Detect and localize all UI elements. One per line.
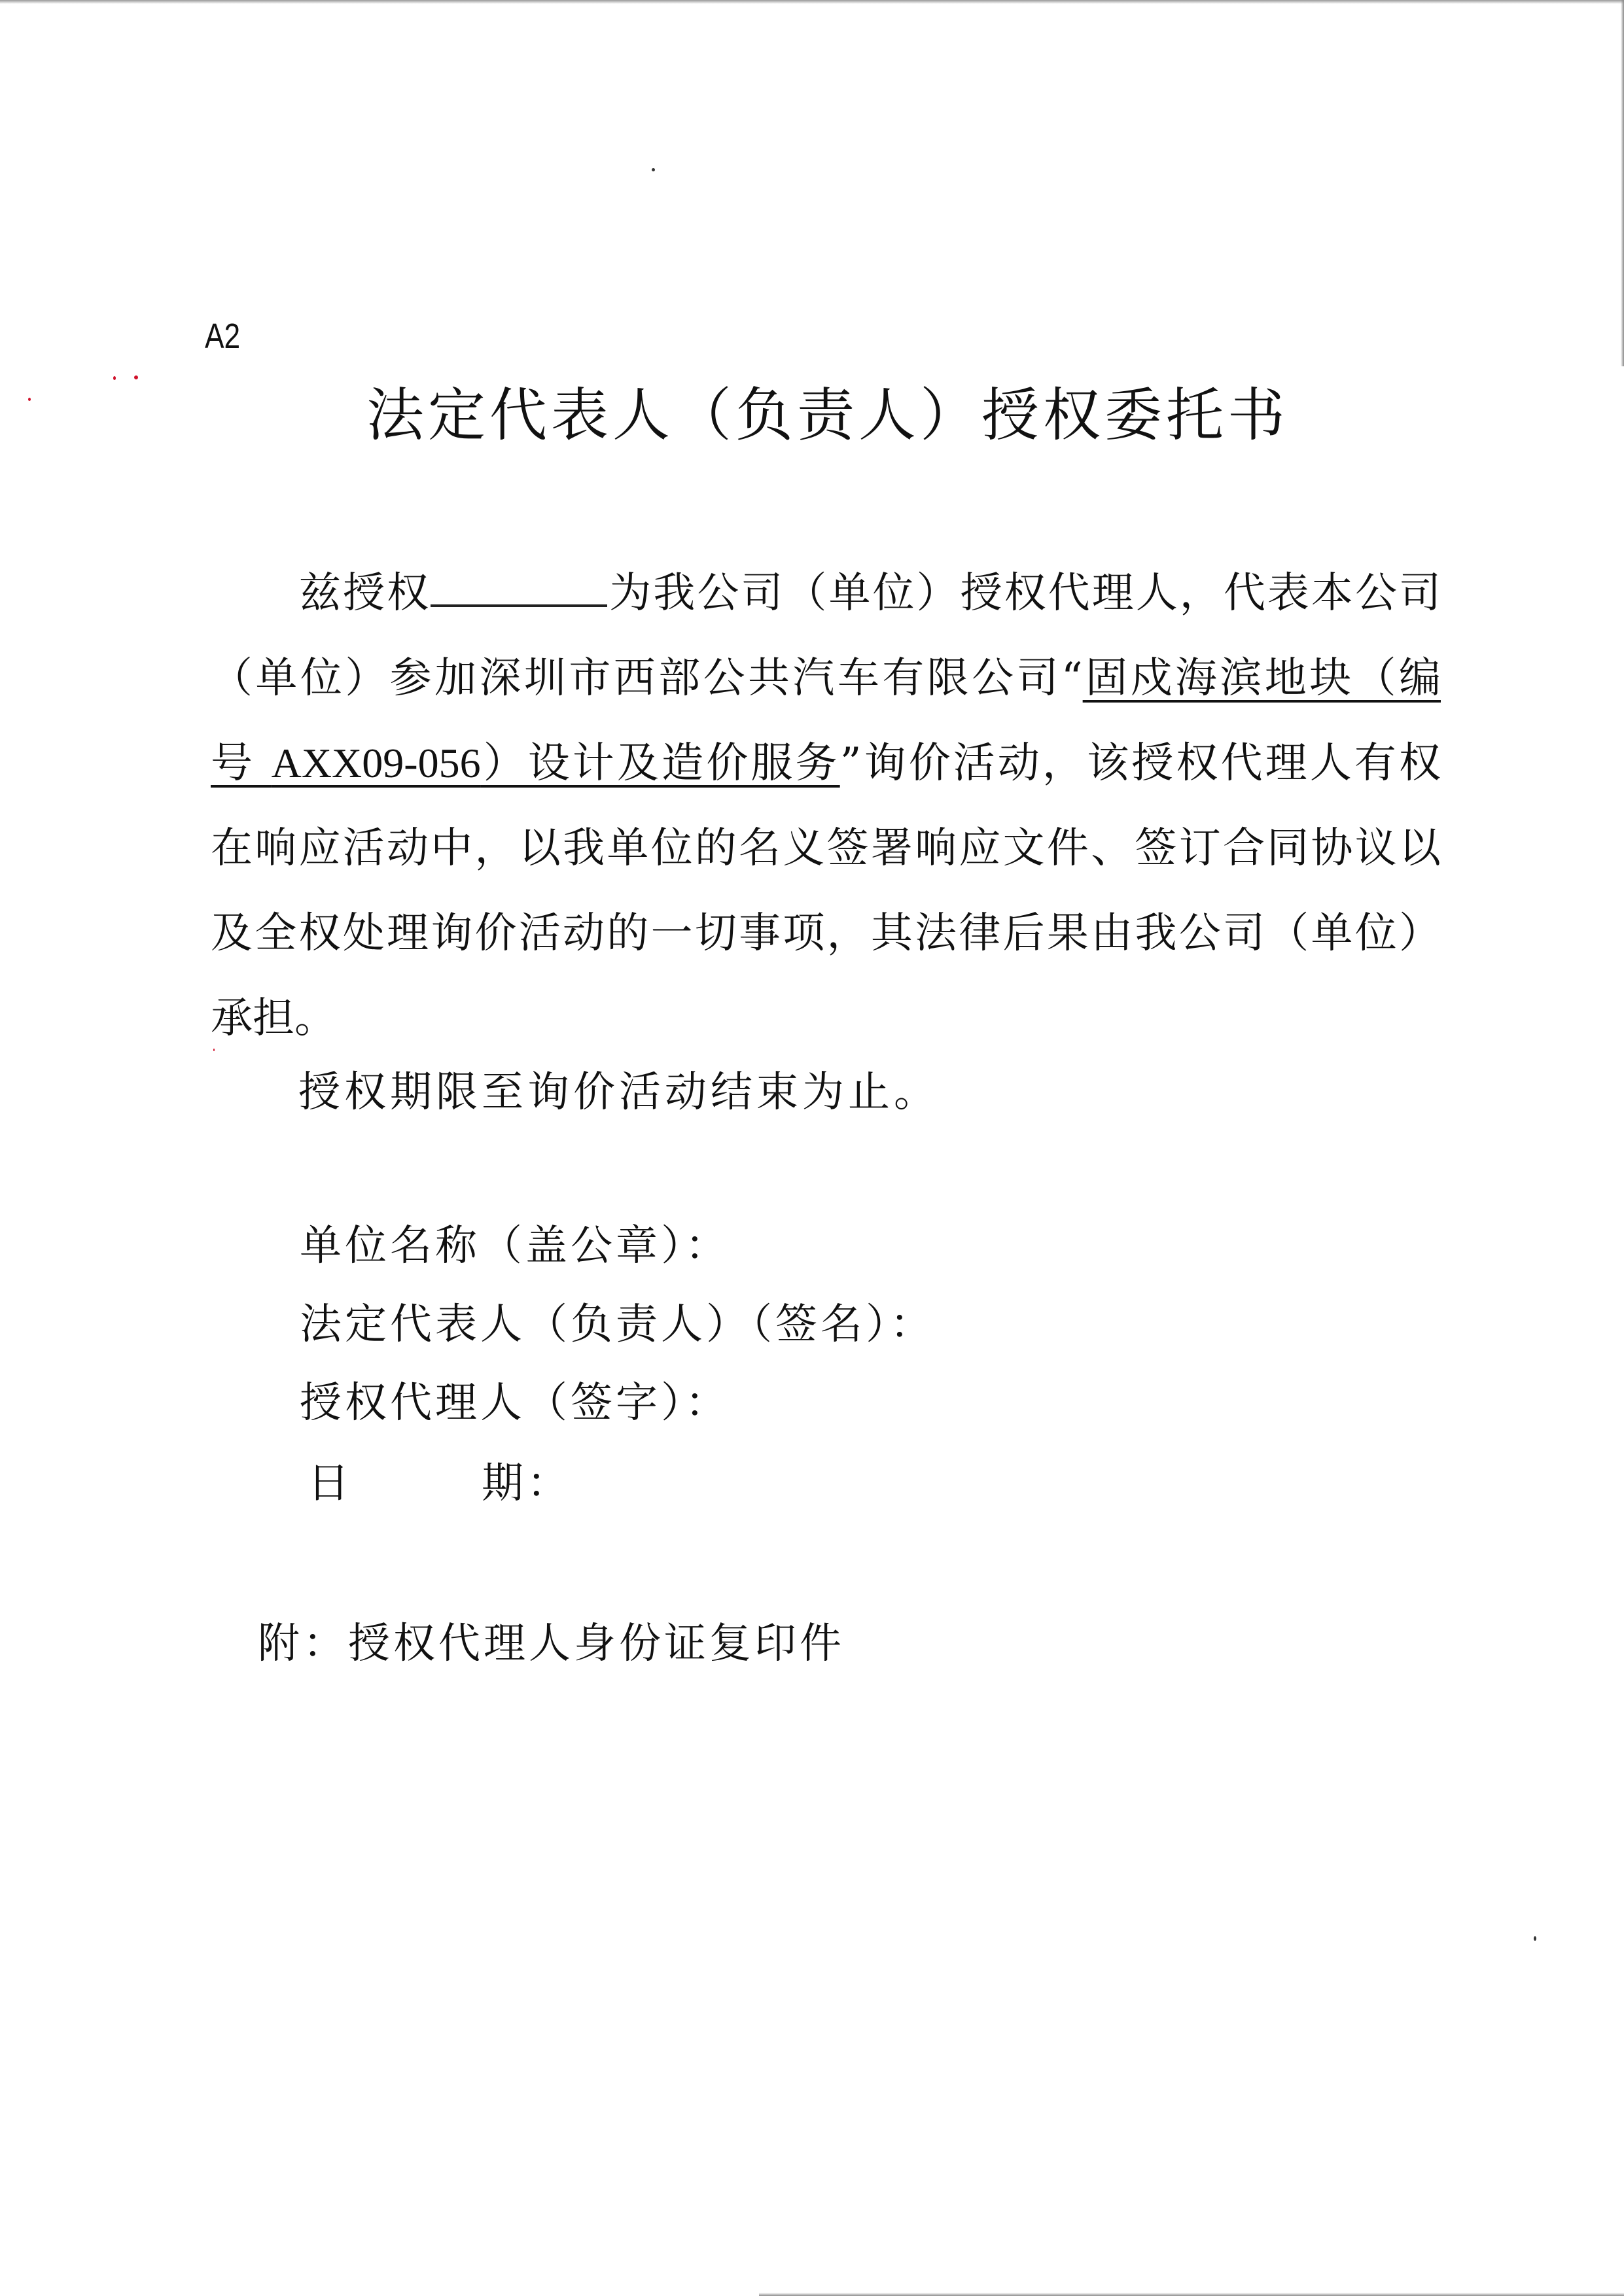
project-name-rest: ）设计及造价服务 xyxy=(481,739,840,788)
paragraph-line-4: 在响应活动中，以我单位的名义签署响应文件、签订合同协议以 xyxy=(211,806,1441,891)
red-ink-speck xyxy=(134,375,138,379)
line1-prefix: 兹授权 xyxy=(297,569,431,617)
signature-unit-name: 单位名称（盖公章）： xyxy=(300,1220,730,1272)
scan-edge-bottom xyxy=(759,2293,1624,2296)
agent-label: 授权代理人（签字）： xyxy=(300,1379,730,1427)
project-name-part2: 号 AXX09-056）设计及造价服务 xyxy=(211,739,840,788)
document-title: 法定代表人（负责人）授权委托书 xyxy=(366,379,1282,451)
scan-speck xyxy=(652,168,655,171)
paragraph-line-5: 及全权处理询价活动的一切事项，其法律后果由我公司（单位） xyxy=(211,891,1441,976)
line1-suffix: 为我公司（单位）授权代理人，代表本公司 xyxy=(607,569,1441,617)
scan-edge-right xyxy=(1621,0,1624,366)
red-ink-speck xyxy=(28,398,31,401)
red-ink-speck xyxy=(113,376,116,380)
signature-agent: 授权代理人（签字）： xyxy=(300,1377,730,1429)
date-label-char1: 日 xyxy=(308,1457,482,1510)
scan-edge-top xyxy=(0,0,1624,4)
line3-suffix: ”询价活动，该授权代理人有权 xyxy=(840,739,1441,788)
paragraph-line-6: 承担。 xyxy=(211,976,1441,1061)
date-label-char2: 期： xyxy=(482,1459,572,1508)
agent-name-blank[interactable] xyxy=(431,566,607,607)
paragraph-line-2: （单位）参加深圳市西部公共汽车有限公司“固戍海滨地块（编 xyxy=(211,636,1441,721)
signature-legal-representative: 法定代表人（负责人）（签名）： xyxy=(300,1298,935,1351)
scan-speck xyxy=(1534,1936,1536,1941)
paragraph-line-1: 兹授权为我公司（单位）授权代理人，代表本公司 xyxy=(211,551,1441,636)
authorization-period: 授权期限至询价活动结束为止。 xyxy=(298,1066,940,1119)
project-number-label: 号 xyxy=(211,739,272,788)
line2-prefix: （单位）参加深圳市西部公共汽车有限公司“ xyxy=(211,654,1083,703)
paragraph-line-3: 号 AXX09-056）设计及造价服务”询价活动，该授权代理人有权 xyxy=(211,721,1441,806)
project-code: AXX09-056 xyxy=(272,740,481,786)
document-code: A2 xyxy=(205,317,240,356)
appendix-note: 附：授权代理人身份证复印件 xyxy=(258,1618,845,1670)
authorization-paragraph: 兹授权为我公司（单位）授权代理人，代表本公司 （单位）参加深圳市西部公共汽车有限… xyxy=(211,551,1441,1061)
unit-name-label: 单位名称（盖公章）： xyxy=(300,1222,730,1270)
signature-date: 日期： xyxy=(308,1457,572,1510)
project-name-part1: 固戍海滨地块（编 xyxy=(1083,654,1441,703)
legal-rep-label: 法定代表人（负责人）（签名）： xyxy=(300,1300,935,1349)
